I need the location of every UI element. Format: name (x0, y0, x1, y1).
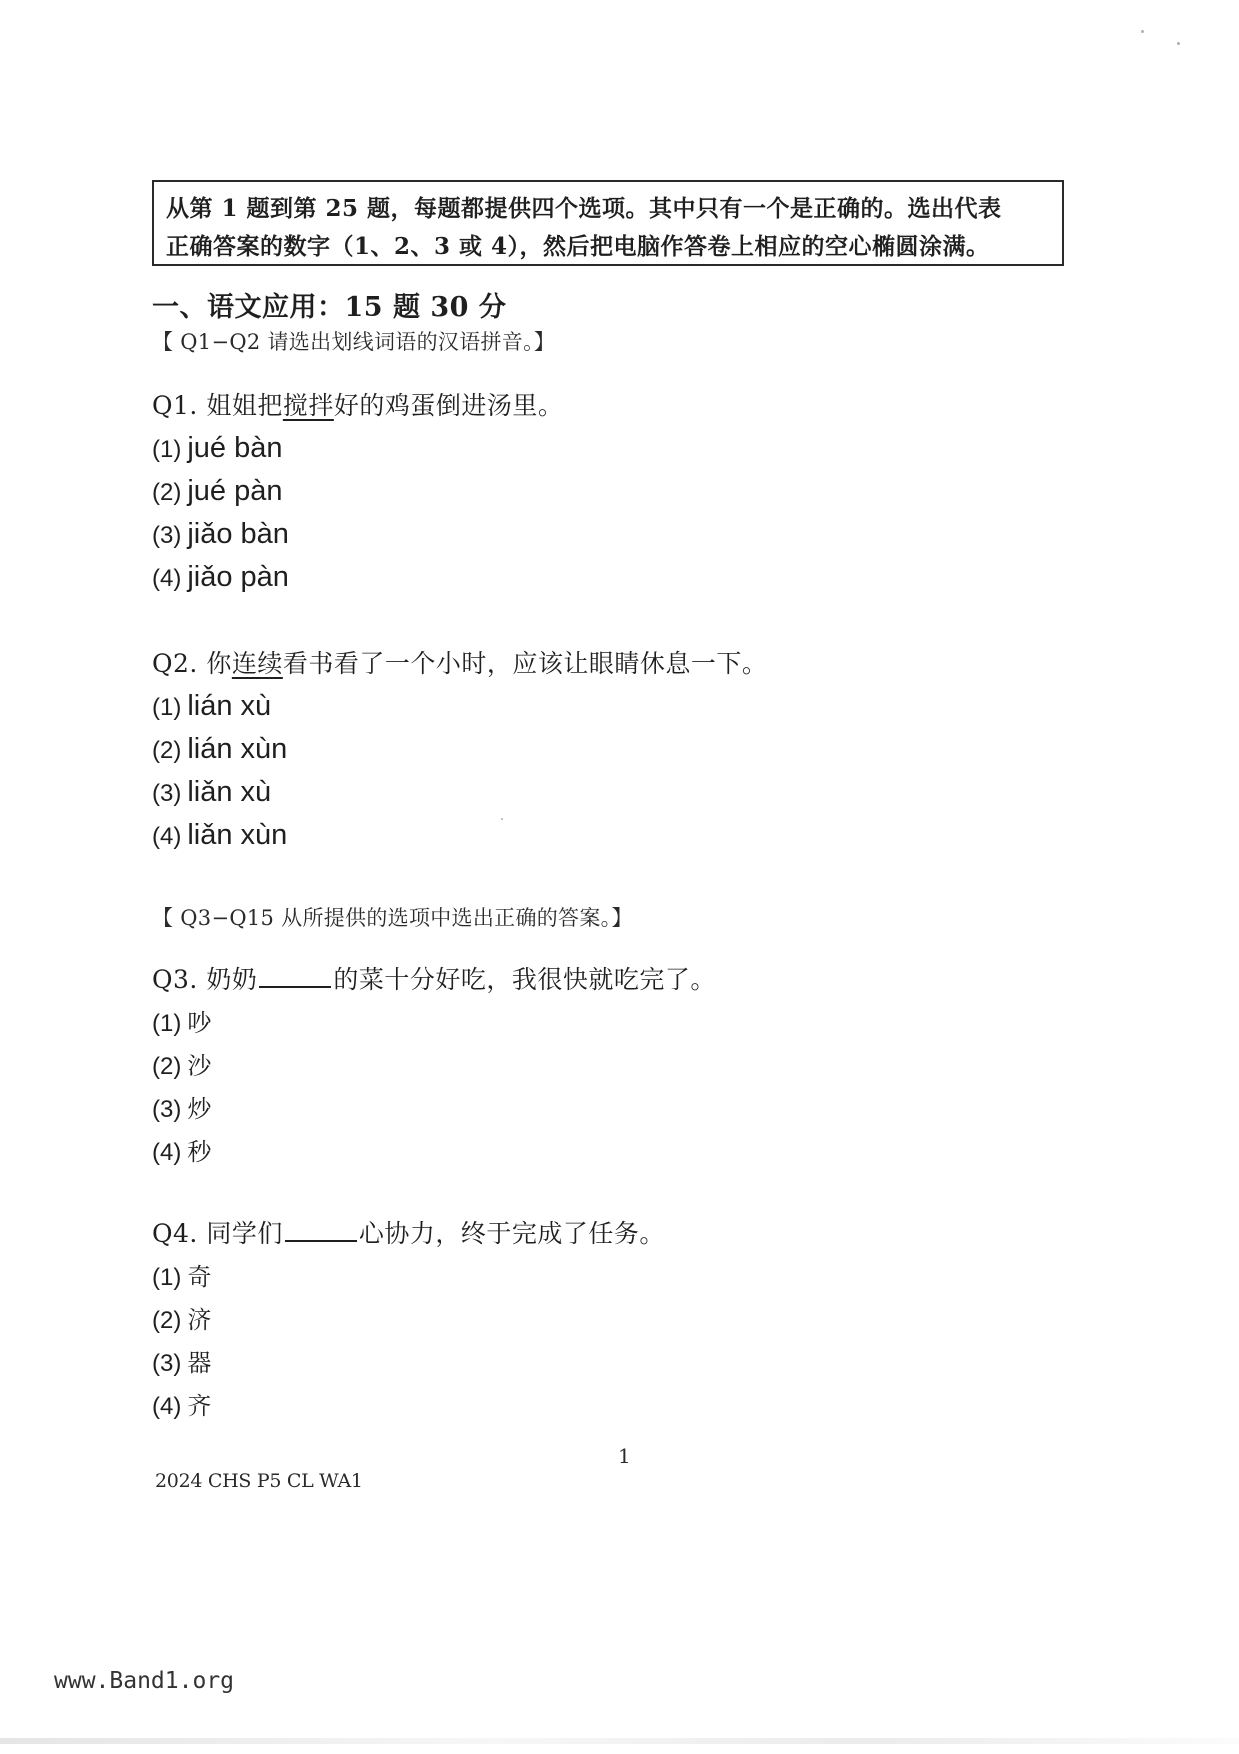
option-text: jué bàn (187, 432, 282, 464)
question-label: Q4. (152, 1219, 198, 1248)
stem-text: 看书看了一个小时，应该让眼睛休息一下。 (283, 649, 768, 678)
question-stem: Q3. 奶奶的菜十分好吃，我很快就吃完了。 (152, 958, 716, 1001)
option-number: (3) (152, 1096, 181, 1123)
hint-q3-q15: 【 Q3−Q15 从所提供的选项中选出正确的答案。】 (152, 902, 633, 932)
stem-text: 同学们 (206, 1219, 283, 1248)
option-number: (2) (152, 1307, 181, 1334)
option-number: (3) (152, 522, 181, 549)
option-number: (1) (152, 436, 181, 463)
underlined-word: 搅拌 (283, 391, 334, 420)
option-text: jiǎo pàn (187, 561, 289, 593)
option-text: 奇 (187, 1263, 211, 1291)
question-stem: Q4. 同学们心协力，终于完成了任务。 (152, 1212, 665, 1255)
stem-text: 好的鸡蛋倒进汤里。 (334, 391, 564, 420)
option-text: liǎn xùn (187, 819, 287, 851)
option-number: (2) (152, 479, 181, 506)
section-title: 一、语文应用：15 题 30 分 (152, 285, 506, 324)
option-4: (4)齐 (152, 1384, 665, 1427)
option-number: (4) (152, 1393, 181, 1420)
option-1: (1)lián xù (152, 685, 767, 728)
option-3: (3)jiǎo bàn (152, 513, 563, 556)
option-number: (4) (152, 823, 181, 850)
option-2: (2)沙 (152, 1044, 716, 1087)
option-3: (3)器 (152, 1341, 665, 1384)
option-4: (4)liǎn xùn (152, 814, 767, 857)
scan-speck (1177, 42, 1180, 45)
option-4: (4)秒 (152, 1130, 716, 1173)
option-text: jiǎo bàn (187, 518, 289, 550)
option-text: 器 (187, 1349, 211, 1377)
option-number: (2) (152, 737, 181, 764)
answer-blank (259, 960, 331, 988)
instructions-line-1: 从第 1 题到第 25 题，每题都提供四个选项。其中只有一个是正确的。选出代表 (166, 190, 1052, 228)
question-stem: Q1. 姐姐把搅拌好的鸡蛋倒进汤里。 (152, 384, 563, 427)
instructions-box: 从第 1 题到第 25 题，每题都提供四个选项。其中只有一个是正确的。选出代表 … (152, 180, 1064, 266)
scan-edge-artifact (0, 1738, 1239, 1744)
question-label: Q1. (152, 391, 198, 420)
stem-text: 你 (206, 649, 232, 678)
question-q2: Q2. 你连续看书看了一个小时，应该让眼睛休息一下。 (1)lián xù (2… (152, 642, 767, 857)
scan-speck (1141, 30, 1144, 33)
option-text: 炒 (187, 1095, 211, 1123)
question-q4: Q4. 同学们心协力，终于完成了任务。 (1)奇 (2)济 (3)器 (4)齐 (152, 1212, 665, 1427)
question-q1: Q1. 姐姐把搅拌好的鸡蛋倒进汤里。 (1)jué bàn (2)jué pàn… (152, 384, 563, 599)
question-q3: Q3. 奶奶的菜十分好吃，我很快就吃完了。 (1)吵 (2)沙 (3)炒 (4)… (152, 958, 716, 1173)
footer-code: 2024 CHS P5 CL WA1 (155, 1470, 363, 1492)
option-text: 济 (187, 1306, 211, 1334)
answer-blank (285, 1214, 357, 1242)
option-1: (1)吵 (152, 1001, 716, 1044)
option-text: 秒 (187, 1138, 211, 1166)
option-2: (2)lián xùn (152, 728, 767, 771)
instructions-line-2: 正确答案的数字（1、2、3 或 4），然后把电脑作答卷上相应的空心椭圆涂满。 (166, 228, 1052, 266)
scan-speck (501, 818, 503, 820)
stem-text: 的菜十分好吃，我很快就吃完了。 (333, 965, 716, 994)
stem-text: 心协力，终于完成了任务。 (359, 1219, 665, 1248)
option-text: 吵 (187, 1009, 211, 1037)
question-label: Q2. (152, 649, 198, 678)
option-number: (1) (152, 694, 181, 721)
option-1: (1)jué bàn (152, 427, 563, 470)
option-number: (2) (152, 1053, 181, 1080)
option-number: (3) (152, 1350, 181, 1377)
option-text: liǎn xù (187, 776, 271, 808)
option-number: (3) (152, 780, 181, 807)
option-2: (2)jué pàn (152, 470, 563, 513)
option-2: (2)济 (152, 1298, 665, 1341)
stem-text: 奶奶 (206, 965, 257, 994)
option-number: (1) (152, 1264, 181, 1291)
option-text: lián xù (187, 690, 271, 722)
option-text: lián xùn (187, 733, 287, 765)
option-1: (1)奇 (152, 1255, 665, 1298)
option-text: 齐 (187, 1392, 211, 1420)
option-number: (4) (152, 1139, 181, 1166)
stem-text: 姐姐把 (206, 391, 283, 420)
option-text: 沙 (187, 1052, 211, 1080)
option-number: (4) (152, 565, 181, 592)
option-text: jué pàn (187, 475, 282, 507)
option-4: (4)jiǎo pàn (152, 556, 563, 599)
question-stem: Q2. 你连续看书看了一个小时，应该让眼睛休息一下。 (152, 642, 767, 685)
option-number: (1) (152, 1010, 181, 1037)
exam-page: 从第 1 题到第 25 题，每题都提供四个选项。其中只有一个是正确的。选出代表 … (0, 0, 1239, 1754)
hint-q1-q2: 【 Q1−Q2 请选出划线词语的汉语拼音。】 (152, 326, 555, 356)
underlined-word: 连续 (232, 649, 283, 678)
watermark-link[interactable]: www.Band1.org (54, 1668, 234, 1694)
page-number: 1 (618, 1444, 631, 1468)
option-3: (3)炒 (152, 1087, 716, 1130)
option-3: (3)liǎn xù (152, 771, 767, 814)
question-label: Q3. (152, 965, 198, 994)
